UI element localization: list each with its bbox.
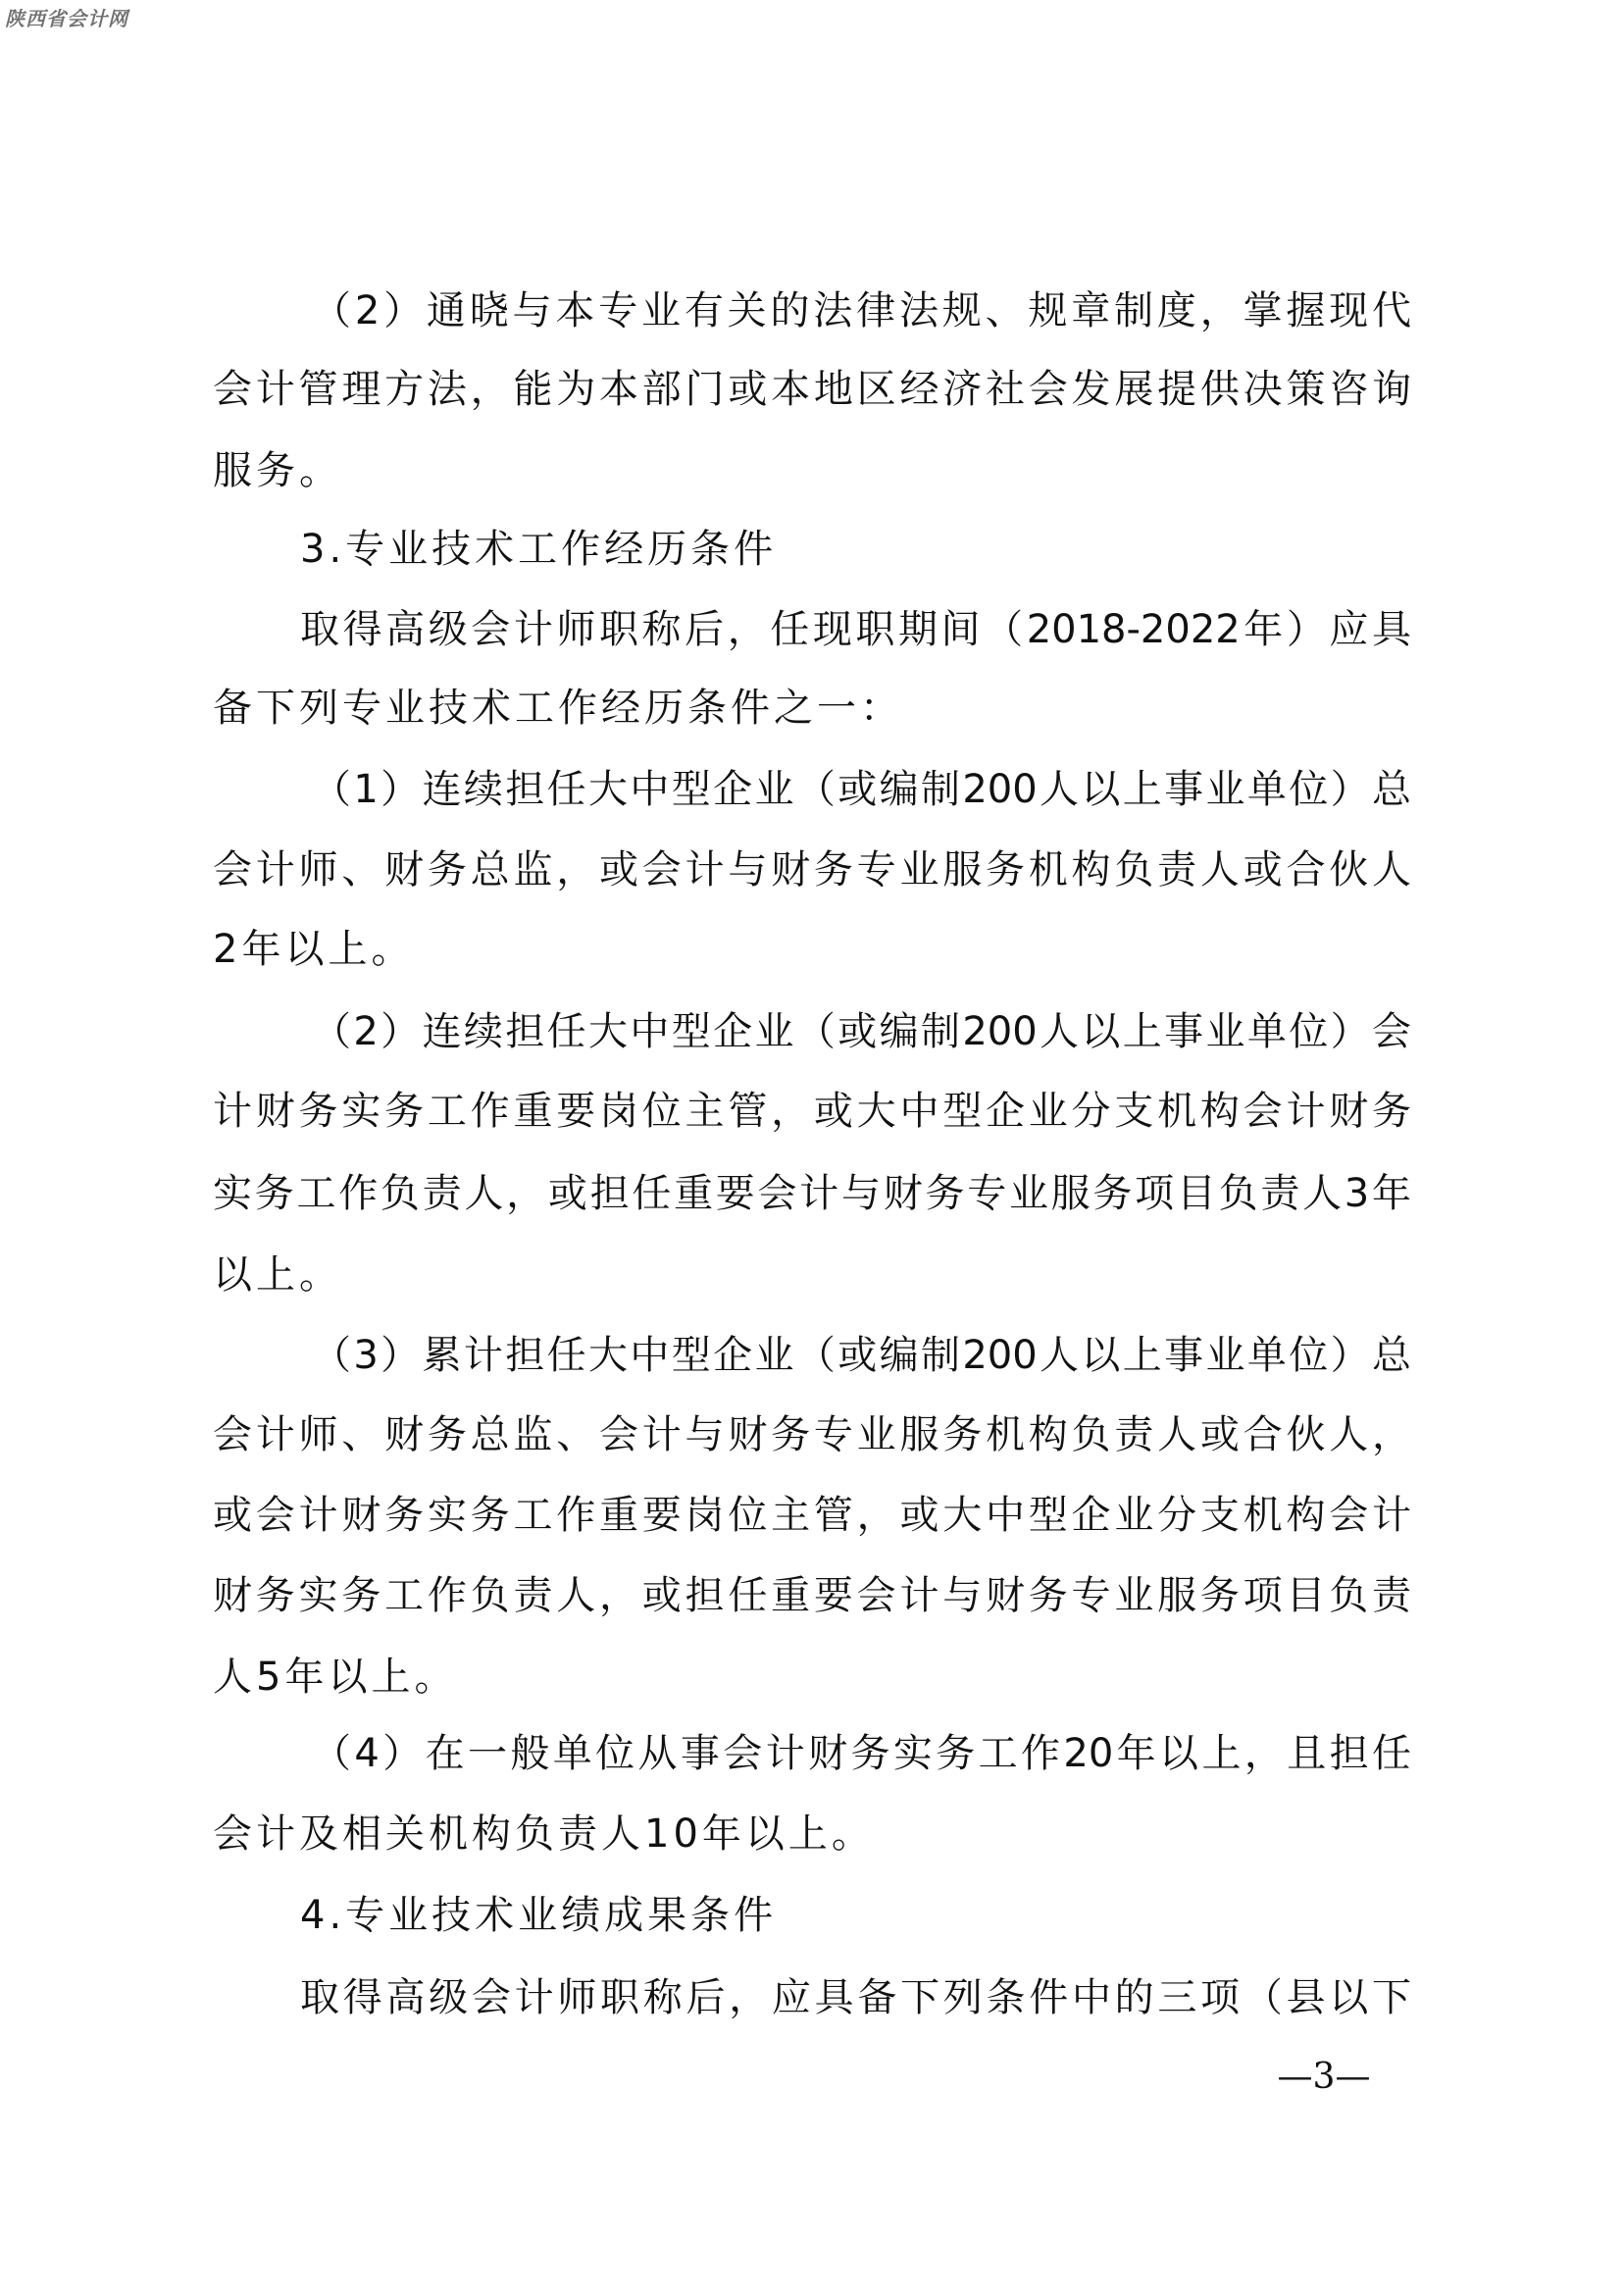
text-line: 取得高级会计师职称后，任现职期间（2018-2022年）应具 [300, 605, 1411, 654]
document-page: （2）通晓与本专业有关的法律法规、规章制度，掌握现代 会计管理方法，能为本部门或… [0, 0, 1624, 2294]
text-line: （4）在一般单位从事会计财务实务工作20年以上，且担任 [312, 1729, 1411, 1778]
text-line: （1）连续担任大中型企业（或编制200人以上事业单位）总 [312, 765, 1411, 814]
text-line: 实务工作负责人，或担任重要会计与财务专业服务项目负责人3年 [213, 1169, 1411, 1218]
page-number: —3— [1275, 2058, 1373, 2097]
text-line: 会计管理方法，能为本部门或本地区经济社会发展提供决策咨询 [213, 365, 1411, 414]
text-line: 会计师、财务总监、会计与财务专业服务机构负责人或合伙人， [213, 1410, 1411, 1459]
text-line: 2年以上。 [213, 925, 1411, 974]
text-line: （3）累计担任大中型企业（或编制200人以上事业单位）总 [312, 1331, 1411, 1380]
section-heading: 3.专业技术工作经历条件 [300, 525, 1498, 574]
text-line: 服务。 [213, 446, 1411, 495]
text-line: 以上。 [213, 1250, 1411, 1300]
text-line: 财务实务工作负责人，或担任重要会计与财务专业服务项目负责 [213, 1571, 1411, 1620]
text-line: 或会计财务实务工作重要岗位主管，或大中型企业分支机构会计 [213, 1491, 1411, 1540]
text-line: 计财务实务工作重要岗位主管，或大中型企业分支机构会计财务 [213, 1087, 1411, 1136]
text-line: 人5年以上。 [213, 1653, 1411, 1702]
text-line: 取得高级会计师职称后，应具备下列条件中的三项（县以下 [300, 1973, 1411, 2022]
section-heading: 4.专业技术业绩成果条件 [300, 1891, 1498, 1940]
text-line: （2）连续担任大中型企业（或编制200人以上事业单位）会 [312, 1007, 1411, 1056]
text-line: 备下列专业技术工作经历条件之一： [213, 684, 1411, 733]
text-line: 会计及相关机构负责人10年以上。 [213, 1810, 1411, 1859]
text-line: （2）通晓与本专业有关的法律法规、规章制度，掌握现代 [312, 286, 1411, 335]
text-line: 会计师、财务总监，或会计与财务专业服务机构负责人或合伙人 [213, 845, 1411, 894]
